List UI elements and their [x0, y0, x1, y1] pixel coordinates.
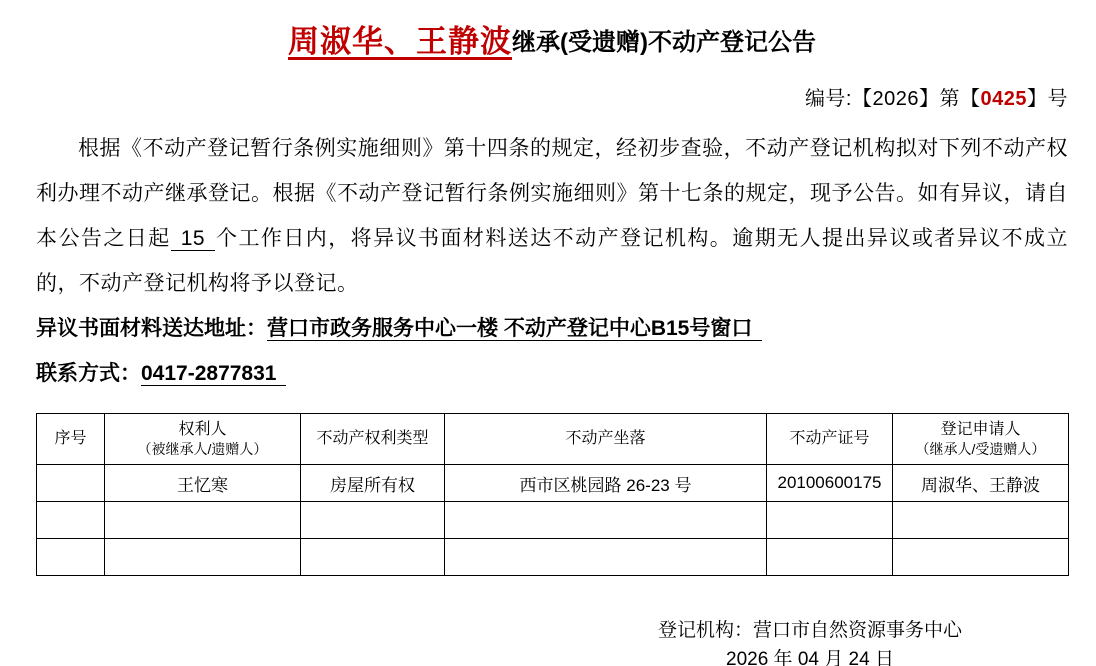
- header-applicant: 登记申请人 （继承人/受遗赠人）: [893, 414, 1069, 465]
- contact-line: 联系方式：0417-2877831: [36, 351, 1068, 396]
- cell-certificate-number: 20100600175: [767, 465, 893, 502]
- objection-address-line: 异议书面材料送达地址：营口市政务服务中心一楼 不动产登记中心B15号窗口: [36, 306, 1068, 351]
- table-header-row: 序号 权利人 （被继承人/遗赠人） 不动产权利类型 不动产坐落 不动产证号 登记…: [37, 414, 1069, 465]
- cell-right-holder: [105, 539, 301, 576]
- doc-number-prefix: 编号:【2026】第【: [805, 88, 981, 110]
- cell-right-holder: [105, 502, 301, 539]
- objection-days-value: 15: [171, 227, 215, 251]
- cell-serial: [37, 502, 105, 539]
- footer: 登记机构：营口市自然资源事务中心 2026 年 04 月 24 日: [36, 616, 1068, 666]
- cell-applicant: [893, 539, 1069, 576]
- property-registration-table: 序号 权利人 （被继承人/遗赠人） 不动产权利类型 不动产坐落 不动产证号 登记…: [36, 413, 1069, 576]
- document-page: 周淑华、王静波继承(受遗赠)不动产登记公告 编号:【2026】第【0425】号 …: [0, 0, 1096, 666]
- cell-right-type: 房屋所有权: [301, 465, 445, 502]
- cell-location: [445, 502, 767, 539]
- doc-number-suffix: 】号: [1027, 88, 1068, 110]
- notice-body-paragraph: 根据《不动产登记暂行条例实施细则》第十四条的规定，经初步查验，不动产登记机构拟对…: [36, 126, 1068, 306]
- cell-right-type: [301, 502, 445, 539]
- table-row-empty: [37, 539, 1069, 576]
- contact-phone-value: 0417-2877831: [141, 362, 286, 386]
- table-row-empty: [37, 502, 1069, 539]
- header-right-type: 不动产权利类型: [301, 414, 445, 465]
- header-property-location: 不动产坐落: [445, 414, 767, 465]
- cell-right-type: [301, 539, 445, 576]
- cell-right-holder: 王忆寒: [105, 465, 301, 502]
- header-right-holder: 权利人 （被继承人/遗赠人）: [105, 414, 301, 465]
- footer-signature: 登记机构：营口市自然资源事务中心 2026 年 04 月 24 日: [658, 616, 962, 666]
- header-certificate-number: 不动产证号: [767, 414, 893, 465]
- title-heir-names: 周淑华、王静波: [288, 24, 512, 59]
- registration-agency: 登记机构：营口市自然资源事务中心: [658, 616, 962, 645]
- cell-applicant: [893, 502, 1069, 539]
- cell-location: 西市区桃园路 26-23 号: [445, 465, 767, 502]
- objection-address-value: 营口市政务服务中心一楼 不动产登记中心B15号窗口: [267, 317, 762, 341]
- cell-applicant: 周淑华、王静波: [893, 465, 1069, 502]
- cell-serial: [37, 539, 105, 576]
- title-notice-type: 继承(受遗赠)不动产登记公告: [512, 29, 816, 56]
- header-serial-number: 序号: [37, 414, 105, 465]
- doc-number-line: 编号:【2026】第【0425】号: [36, 82, 1068, 111]
- cell-certificate-number: [767, 539, 893, 576]
- contact-label: 联系方式：: [36, 362, 141, 385]
- cell-serial: [37, 465, 105, 502]
- objection-address-label: 异议书面材料送达地址：: [36, 317, 267, 340]
- table-row: 王忆寒 房屋所有权 西市区桃园路 26-23 号 20100600175 周淑华…: [37, 465, 1069, 502]
- page-title: 周淑华、王静波继承(受遗赠)不动产登记公告: [36, 22, 1068, 68]
- cell-location: [445, 539, 767, 576]
- cell-certificate-number: [767, 502, 893, 539]
- notice-date: 2026 年 04 月 24 日: [658, 645, 962, 666]
- doc-number-value: 0425: [981, 88, 1028, 110]
